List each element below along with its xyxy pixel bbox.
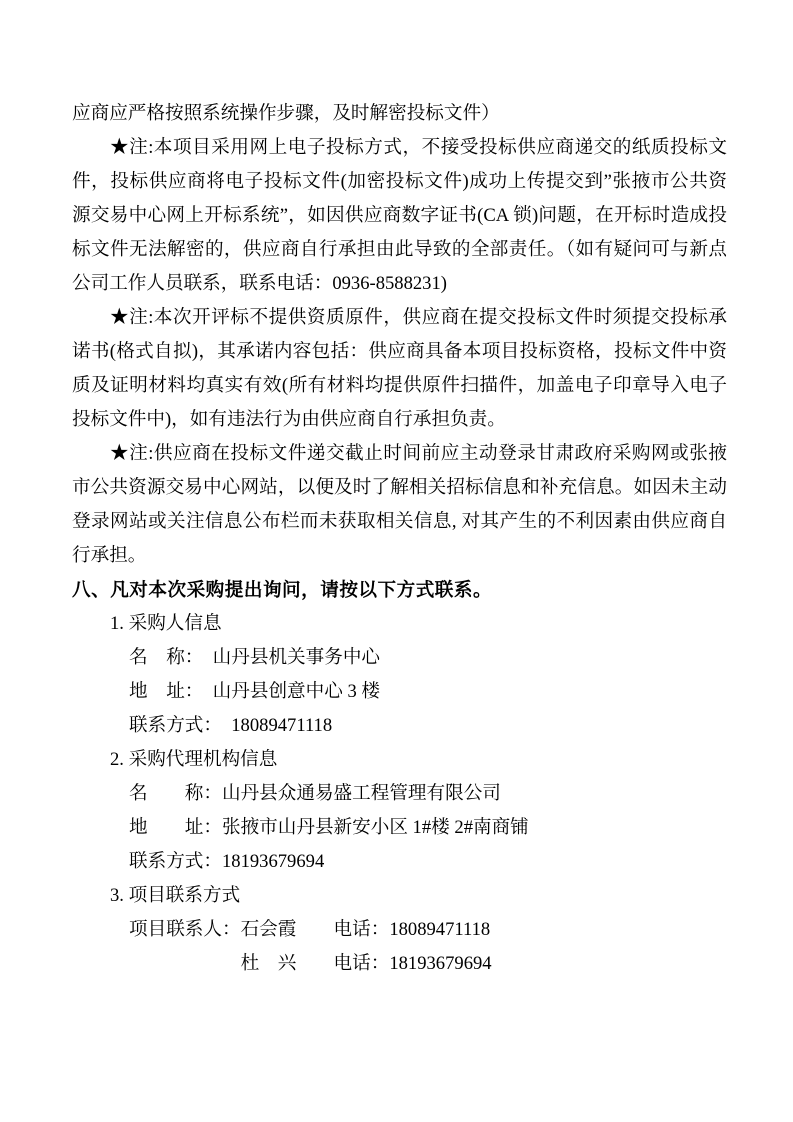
contact-line: 联系方式： 18089471118 [72, 709, 727, 743]
paragraph-continuation-line: 应商应严格按照系统操作步骤，及时解密投标文件） [72, 97, 727, 131]
note-line: 公司工作人员联系，联系电话：0936-8588231) [72, 267, 727, 301]
note-line: 诺书(格式自拟)，其承诺内容包括：供应商具备本项目投标资格，投标文件中资 [72, 335, 727, 369]
note-line: 登录网站或关注信息公布栏而未获取相关信息, 对其产生的不利因素由供应商自 [72, 505, 727, 539]
note-line: 投标文件中)，如有违法行为由供应商自行承担负责。 [72, 403, 727, 437]
list-item-heading: 1. 采购人信息 [72, 607, 727, 641]
note-line: ★注:本次开评标不提供资质原件，供应商在提交投标文件时须提交投标承 [72, 301, 727, 335]
document-content: 应商应严格按照系统操作步骤，及时解密投标文件）★注:本项目采用网上电子投标方式，… [72, 97, 727, 981]
note-line: 行承担。 [72, 539, 727, 573]
contact-line: 杜 兴 电话：18193679694 [72, 947, 727, 981]
document-page: 应商应严格按照系统操作步骤，及时解密投标文件）★注:本项目采用网上电子投标方式，… [0, 0, 793, 1122]
note-line: 质及证明材料均真实有效(所有材料均提供原件扫描件，加盖电子印章导入电子 [72, 369, 727, 403]
note-line: ★注:本项目采用网上电子投标方式，不接受投标供应商递交的纸质投标文 [72, 131, 727, 165]
list-item-heading: 2. 采购代理机构信息 [72, 743, 727, 777]
note-line: 源交易中心网上开标系统”，如因供应商数字证书(CA 锁)问题，在开标时造成投 [72, 199, 727, 233]
contact-line: 地 址： 山丹县创意中心 3 楼 [72, 675, 727, 709]
note-line: 市公共资源交易中心网站，以便及时了解相关招标信息和补充信息。如因未主动 [72, 471, 727, 505]
contact-line: 地 址：张掖市山丹县新安小区 1#楼 2#南商铺 [72, 811, 727, 845]
contact-line: 名 称： 山丹县机关事务中心 [72, 641, 727, 675]
contact-line: 项目联系人：石会霞 电话：18089471118 [72, 913, 727, 947]
note-line: ★注:供应商在投标文件递交截止时间前应主动登录甘肃政府采购网或张掖 [72, 437, 727, 471]
section-heading: 八、凡对本次采购提出询问，请按以下方式联系。 [72, 573, 727, 607]
note-line: 标文件无法解密的，供应商自行承担由此导致的全部责任。（如有疑问可与新点 [72, 233, 727, 267]
contact-line: 联系方式：18193679694 [72, 845, 727, 879]
contact-line: 名 称：山丹县众通易盛工程管理有限公司 [72, 777, 727, 811]
list-item-heading: 3. 项目联系方式 [72, 879, 727, 913]
note-line: 件，投标供应商将电子投标文件(加密投标文件)成功上传提交到”张掖市公共资 [72, 165, 727, 199]
